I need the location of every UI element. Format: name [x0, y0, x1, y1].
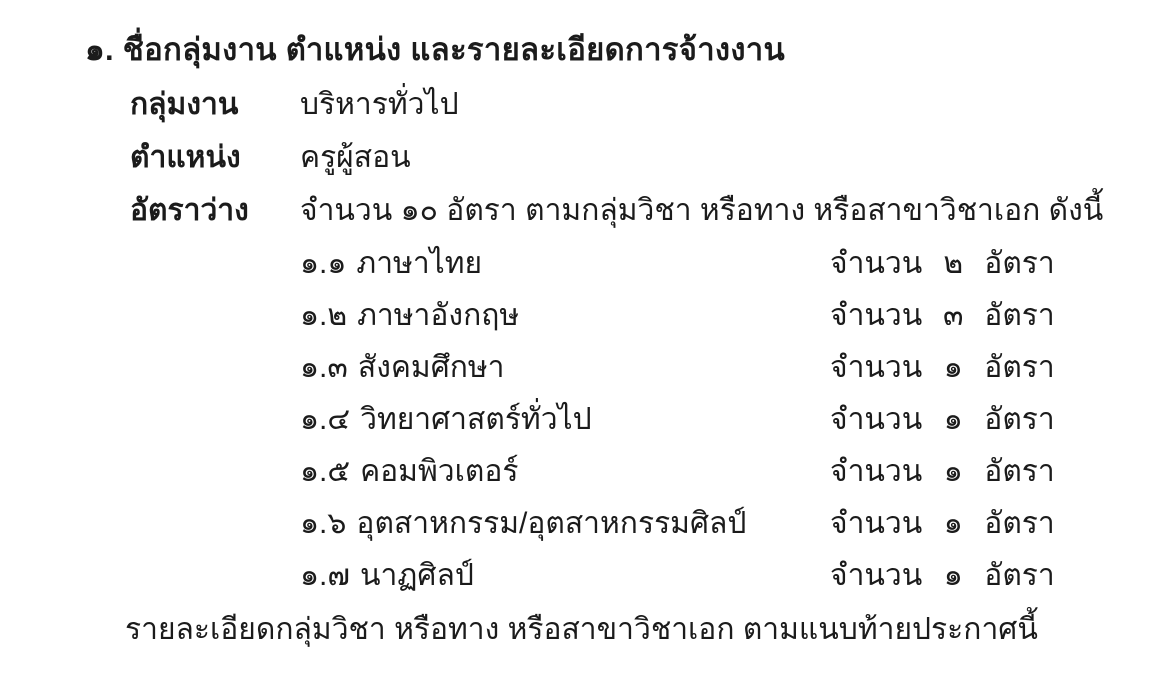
- vacancy-row: ๑.๔ วิทยาศาสตร์ทั่วไป จำนวน ๑ อัตรา: [300, 393, 1170, 445]
- quantity-label: จำนวน: [830, 500, 922, 547]
- vacancy-number: ๑.๑: [300, 240, 346, 287]
- vacancy-subject-label: ภาษาอังกฤษ: [357, 292, 519, 339]
- field-label: กลุ่มงาน: [130, 81, 300, 128]
- vacancy-row: ๑.๑ ภาษาไทย จำนวน ๒ อัตรา: [300, 237, 1170, 289]
- vacancy-count: ๒: [922, 240, 984, 287]
- unit-label: อัตรา: [984, 344, 1054, 391]
- vacancy-subject: ๑.๑ ภาษาไทย: [300, 240, 830, 287]
- vacancy-count: ๑: [922, 396, 984, 443]
- vacancy-number: ๑.๖: [300, 500, 346, 547]
- unit-label: อัตรา: [984, 448, 1054, 495]
- vacancy-number: ๑.๓: [300, 344, 348, 391]
- vacancy-subject: ๑.๔ วิทยาศาสตร์ทั่วไป: [300, 396, 830, 443]
- field-value: บริหารทั่วไป: [300, 81, 459, 128]
- unit-label: อัตรา: [984, 396, 1054, 443]
- unit-label: อัตรา: [984, 292, 1054, 339]
- vacancy-quantity: จำนวน ๑ อัตรา: [830, 396, 1055, 443]
- field-value: จำนวน ๑๐ อัตรา ตามกลุ่มวิชา หรือทาง หรือ…: [300, 187, 1103, 234]
- document-page: ๑. ชื่อกลุ่มงาน ตำแหน่ง และรายละเอียดการ…: [0, 0, 1170, 657]
- vacancy-row: ๑.๓ สังคมศึกษา จำนวน ๑ อัตรา: [300, 341, 1170, 393]
- vacancy-quantity: จำนวน ๑ อัตรา: [830, 552, 1055, 599]
- field-row-position: ตำแหน่ง ครูผู้สอน: [130, 131, 1170, 184]
- vacancy-count: ๑: [922, 448, 984, 495]
- vacancy-quantity: จำนวน ๒ อัตรา: [830, 240, 1055, 287]
- quantity-label: จำนวน: [830, 552, 922, 599]
- unit-label: อัตรา: [984, 552, 1054, 599]
- vacancy-number: ๑.๒: [300, 292, 347, 339]
- quantity-label: จำนวน: [830, 344, 922, 391]
- vacancy-subject: ๑.๒ ภาษาอังกฤษ: [300, 292, 830, 339]
- vacancy-subject-label: นาฏศิลป์: [360, 552, 474, 599]
- quantity-label: จำนวน: [830, 396, 922, 443]
- vacancy-number: ๑.๔: [300, 396, 350, 443]
- vacancy-subject-label: ภาษาไทย: [356, 240, 482, 287]
- vacancy-count: ๑: [922, 500, 984, 547]
- field-row-workgroup: กลุ่มงาน บริหารทั่วไป: [130, 78, 1170, 131]
- vacancy-subject: ๑.๗ นาฏศิลป์: [300, 552, 830, 599]
- vacancy-subject: ๑.๖ อุตสาหกรรม/อุตสาหกรรมศิลป์: [300, 500, 830, 547]
- field-row-vacancy: อัตราว่าง จำนวน ๑๐ อัตรา ตามกลุ่มวิชา หร…: [130, 184, 1170, 237]
- field-label: อัตราว่าง: [130, 187, 300, 234]
- vacancy-subject-label: อุตสาหกรรม/อุตสาหกรรมศิลป์: [356, 500, 746, 547]
- footer-note: รายละเอียดกลุ่มวิชา หรือทาง หรือสาขาวิชา…: [125, 601, 1170, 657]
- vacancy-quantity: จำนวน ๓ อัตรา: [830, 292, 1055, 339]
- vacancy-quantity: จำนวน ๑ อัตรา: [830, 344, 1055, 391]
- vacancy-subject-label: วิทยาศาสตร์ทั่วไป: [360, 396, 592, 443]
- vacancy-subject: ๑.๕ คอมพิวเตอร์: [300, 448, 830, 495]
- quantity-label: จำนวน: [830, 292, 922, 339]
- section-heading: ๑. ชื่อกลุ่มงาน ตำแหน่ง และรายละเอียดการ…: [85, 20, 1170, 78]
- vacancy-count: ๑: [922, 552, 984, 599]
- field-label: ตำแหน่ง: [130, 134, 300, 181]
- vacancy-number: ๑.๗: [300, 552, 350, 599]
- vacancy-row: ๑.๒ ภาษาอังกฤษ จำนวน ๓ อัตรา: [300, 289, 1170, 341]
- vacancy-number: ๑.๕: [300, 448, 350, 495]
- vacancy-row: ๑.๗ นาฏศิลป์ จำนวน ๑ อัตรา: [300, 549, 1170, 601]
- quantity-label: จำนวน: [830, 448, 922, 495]
- vacancy-count: ๓: [922, 292, 984, 339]
- vacancy-row: ๑.๖ อุตสาหกรรม/อุตสาหกรรมศิลป์ จำนวน ๑ อ…: [300, 497, 1170, 549]
- unit-label: อัตรา: [984, 500, 1054, 547]
- vacancy-subject-label: คอมพิวเตอร์: [360, 448, 518, 495]
- vacancy-subject-label: สังคมศึกษา: [358, 344, 505, 391]
- quantity-label: จำนวน: [830, 240, 922, 287]
- vacancy-row: ๑.๕ คอมพิวเตอร์ จำนวน ๑ อัตรา: [300, 445, 1170, 497]
- vacancy-subject: ๑.๓ สังคมศึกษา: [300, 344, 830, 391]
- unit-label: อัตรา: [984, 240, 1054, 287]
- vacancy-quantity: จำนวน ๑ อัตรา: [830, 448, 1055, 495]
- vacancy-quantity: จำนวน ๑ อัตรา: [830, 500, 1055, 547]
- vacancy-count: ๑: [922, 344, 984, 391]
- field-value: ครูผู้สอน: [300, 134, 411, 181]
